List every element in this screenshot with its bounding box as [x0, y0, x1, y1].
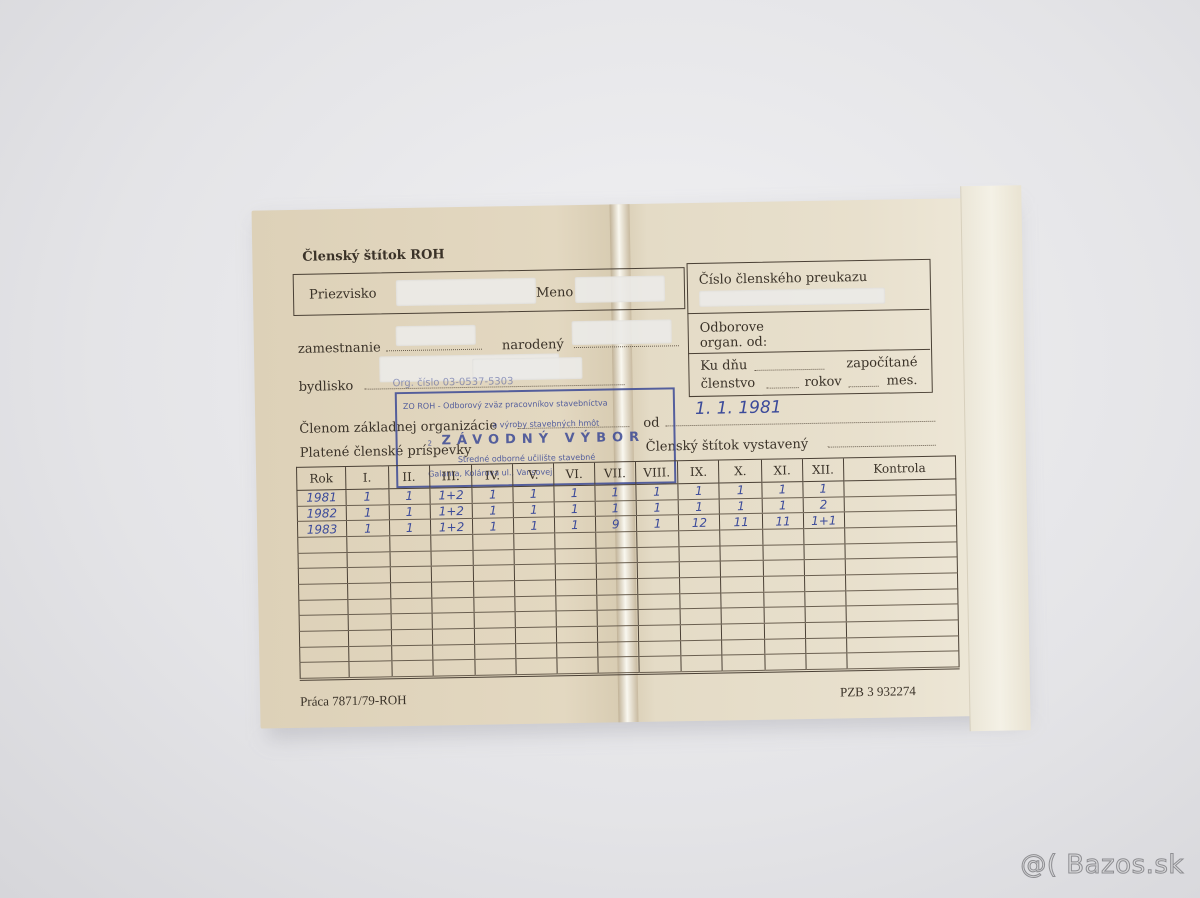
year-cell [298, 537, 347, 554]
dues-cell [596, 547, 637, 563]
stamp-line-3: ZÁVODNÝ VÝBOR [441, 430, 645, 449]
dues-cell [473, 534, 514, 550]
dues-cell [596, 563, 637, 579]
dues-cell [637, 546, 680, 562]
dues-cell [681, 640, 722, 656]
control-cell [847, 651, 960, 669]
dues-cell: 1 [554, 501, 595, 517]
year-cell: 1982 [297, 505, 346, 522]
dues-cell [432, 628, 475, 644]
col-header: II. [388, 465, 429, 489]
dues-cell [806, 653, 847, 669]
dues-cell [680, 593, 721, 609]
dues-cell [475, 628, 516, 644]
card-number-redacted [699, 288, 885, 307]
from-line [665, 421, 935, 427]
membership-label: členstvo [701, 376, 756, 392]
dues-cell: 1+2 [430, 519, 473, 535]
dues-cell [765, 654, 806, 670]
dues-cell [347, 567, 390, 583]
dues-cell [805, 606, 846, 622]
dues-cell: 1 [719, 498, 762, 514]
dues-cell [722, 639, 765, 655]
dues-cell [805, 590, 846, 606]
dues-cell [391, 629, 432, 645]
dues-cell [557, 657, 598, 673]
born-label: narodený [502, 337, 564, 353]
dues-cell: 1 [595, 500, 636, 516]
dues-cell [475, 659, 516, 675]
dues-cell: 11 [720, 514, 763, 530]
dues-cell [636, 531, 679, 547]
dues-cell: 1 [346, 504, 389, 520]
year-cell [299, 583, 348, 600]
col-header: IX. [678, 460, 719, 484]
dues-cell [390, 535, 431, 551]
dues-cell [680, 561, 721, 577]
as-of-label: Ku dňu [700, 358, 747, 374]
dues-cell [431, 550, 474, 566]
year-cell [299, 615, 348, 632]
col-header: Kontrola [843, 456, 956, 481]
dues-cell [474, 596, 515, 612]
dues-cell: 1 [762, 482, 803, 498]
dues-cell [681, 655, 722, 671]
dues-cell [722, 654, 765, 671]
dues-cell [349, 645, 392, 661]
dues-cell [348, 614, 391, 630]
dues-cell: 1+2 [430, 487, 473, 503]
dues-cell [638, 625, 681, 641]
dues-cell [555, 563, 596, 579]
dues-cell [720, 545, 763, 561]
dues-cell [516, 627, 557, 643]
dues-cell [515, 580, 556, 596]
dues-cell: 1 [472, 487, 513, 503]
dues-cell: 1 [762, 497, 803, 513]
footer-left: Práca 7871/79-ROH [300, 692, 407, 710]
dues-cell [597, 625, 638, 641]
dues-cell: 12 [679, 514, 720, 530]
dues-cell: 9 [595, 516, 636, 532]
dues-cell [474, 565, 515, 581]
year-cell [300, 662, 349, 679]
occupation-line [386, 349, 482, 352]
dues-cell [763, 560, 804, 576]
dues-cell [637, 593, 680, 609]
dues-cell [348, 583, 391, 599]
months-label: mes. [886, 373, 917, 389]
year-cell [298, 552, 347, 569]
dues-cell [597, 610, 638, 626]
col-header: V. [513, 463, 554, 487]
bazos-watermark: @( Bazos.sk [1020, 850, 1184, 880]
dues-cell: 1 [389, 488, 430, 504]
stamp-prefix: 2 [428, 440, 433, 448]
dues-cell: 1 [473, 502, 514, 518]
dues-cell [681, 624, 722, 640]
dues-cell [348, 598, 391, 614]
dues-cell: 1 [554, 517, 595, 533]
col-header: XI. [762, 459, 803, 483]
dues-cell: 1 [346, 520, 389, 536]
dues-cell: 1+1 [803, 512, 844, 528]
dues-cell [432, 613, 475, 629]
dues-cell: 1 [513, 502, 554, 518]
membership-card: Členský štítok ROH Priezvisko Meno zames… [252, 197, 1021, 728]
dues-cell [598, 657, 639, 673]
dues-cell: 1 [513, 486, 554, 502]
dues-cell [433, 660, 476, 677]
dues-table: Rok I. II. III. IV. V. VI. VII. VIII. IX… [296, 455, 960, 678]
dues-cell [637, 578, 680, 594]
col-header: VI. [554, 462, 595, 486]
dues-cell [596, 531, 637, 547]
dues-cell [431, 581, 474, 597]
col-header: VIII. [635, 461, 678, 485]
dues-cell [804, 543, 845, 559]
dues-cell [680, 577, 721, 593]
dues-cell: 1 [636, 515, 679, 531]
dues-cell: 1 [679, 499, 720, 515]
dues-cell: 1 [389, 519, 430, 535]
col-header: XII. [802, 458, 843, 482]
residence-label: bydlisko [298, 379, 353, 395]
surname-redacted [396, 278, 536, 306]
dues-cell [515, 611, 556, 627]
dues-cell [764, 576, 805, 592]
col-header: VII. [594, 462, 635, 486]
dues-cell: 1+2 [430, 503, 473, 519]
dues-cell: 1 [473, 518, 514, 534]
dues-cell [804, 559, 845, 575]
dues-cell [431, 597, 474, 613]
dues-cell [804, 575, 845, 591]
dues-cell [348, 630, 391, 646]
stamp-org-number: Org. číslo 03-0537-5303 [392, 376, 513, 389]
dues-cell [556, 610, 597, 626]
year-cell [300, 646, 349, 663]
dues-cell [431, 566, 474, 582]
dues-cell [721, 608, 764, 624]
dues-cell [557, 642, 598, 658]
dues-cell [556, 595, 597, 611]
dues-cell [556, 579, 597, 595]
dues-cell [475, 643, 516, 659]
stamp-line-2: a výroby stavebných hmôt [492, 419, 599, 430]
year-cell: 1983 [297, 521, 346, 538]
dues-cell [804, 528, 845, 544]
dues-cell [597, 641, 638, 657]
occupation-redacted [396, 325, 476, 346]
col-header: IV. [472, 464, 513, 488]
dues-cell [805, 622, 846, 638]
dues-cell: 1 [636, 484, 679, 500]
dues-cell [638, 609, 681, 625]
dues-cell [597, 594, 638, 610]
dues-cell [596, 578, 637, 594]
card-torn-edge [960, 185, 1031, 731]
dues-cell: 1 [514, 517, 555, 533]
year-cell: 1981 [297, 490, 346, 507]
dues-cell [763, 544, 804, 560]
year-cell [299, 630, 348, 647]
card-number-label: Číslo členského preukazu [699, 270, 868, 288]
dues-cell [349, 661, 392, 678]
dues-cell [515, 596, 556, 612]
year-cell [299, 599, 348, 616]
dues-cell [637, 562, 680, 578]
dues-cell [347, 551, 390, 567]
dues-cell [555, 548, 596, 564]
dues-cell [514, 533, 555, 549]
dues-cell [391, 613, 432, 629]
dues-cell [679, 530, 720, 546]
dues-cell [805, 637, 846, 653]
dues-cell [556, 626, 597, 642]
dues-cell [720, 561, 763, 577]
dues-cell: 1 [678, 483, 719, 499]
dues-cell [474, 581, 515, 597]
col-header: Rok [297, 467, 346, 491]
dues-cell: 2 [803, 497, 844, 513]
dues-cell [516, 658, 557, 674]
dues-cell: 1 [719, 482, 762, 498]
dues-cell [764, 591, 805, 607]
dues-cell [514, 564, 555, 580]
dues-cell: 1 [636, 499, 679, 515]
dues-cell [722, 623, 765, 639]
dues-cell [720, 529, 763, 545]
issued-line [828, 445, 936, 448]
dues-cell [392, 660, 433, 676]
years-label: rokov [804, 374, 841, 390]
dues-cell [432, 644, 475, 660]
dues-cell [721, 576, 764, 592]
name-redacted [575, 275, 665, 303]
year-cell [298, 568, 347, 585]
dues-cell [516, 642, 557, 658]
dues-cell [763, 529, 804, 545]
name-label: Meno [536, 285, 573, 301]
dues-cell [390, 551, 431, 567]
col-header: I. [345, 466, 388, 490]
dues-cell: 1 [554, 485, 595, 501]
dues-cell [555, 532, 596, 548]
col-header: X. [719, 459, 762, 483]
dues-cell [764, 607, 805, 623]
dues-cell [347, 536, 390, 552]
dues-cell: 1 [803, 481, 844, 497]
card-title: Členský štítok ROH [302, 247, 445, 264]
counted-label: započítané [846, 355, 917, 371]
dues-cell [391, 598, 432, 614]
dues-cell [721, 592, 764, 608]
surname-label: Priezvisko [309, 287, 377, 303]
dues-cell: 1 [346, 489, 389, 505]
col-header: III. [429, 464, 472, 488]
occupation-label: zamestnanie [298, 340, 381, 356]
dues-cell [514, 549, 555, 565]
dues-cell [430, 534, 473, 550]
dues-cell [681, 608, 722, 624]
dues-cell [391, 645, 432, 661]
union-org-label-2: organ. od: [700, 335, 768, 351]
dues-cell [639, 656, 682, 673]
from-value-handwritten: 1. 1. 1981 [695, 397, 782, 419]
born-redacted [572, 319, 672, 345]
dues-cell [475, 612, 516, 628]
dues-cell [390, 566, 431, 582]
dues-cell [473, 549, 514, 565]
dues-cell [679, 546, 720, 562]
dues-cell: 1 [389, 504, 430, 520]
dues-cell: 11 [763, 513, 804, 529]
dues-cell [765, 638, 806, 654]
union-org-label-1: Odborove [700, 320, 764, 336]
dues-cell [390, 582, 431, 598]
stamp-line-1: ZO ROH - Odborový zväz pracovníkov stave… [403, 398, 608, 411]
dues-cell [764, 622, 805, 638]
dues-cell [638, 640, 681, 656]
footer-right: PZB 3 932274 [840, 683, 916, 700]
dues-cell: 1 [595, 485, 636, 501]
